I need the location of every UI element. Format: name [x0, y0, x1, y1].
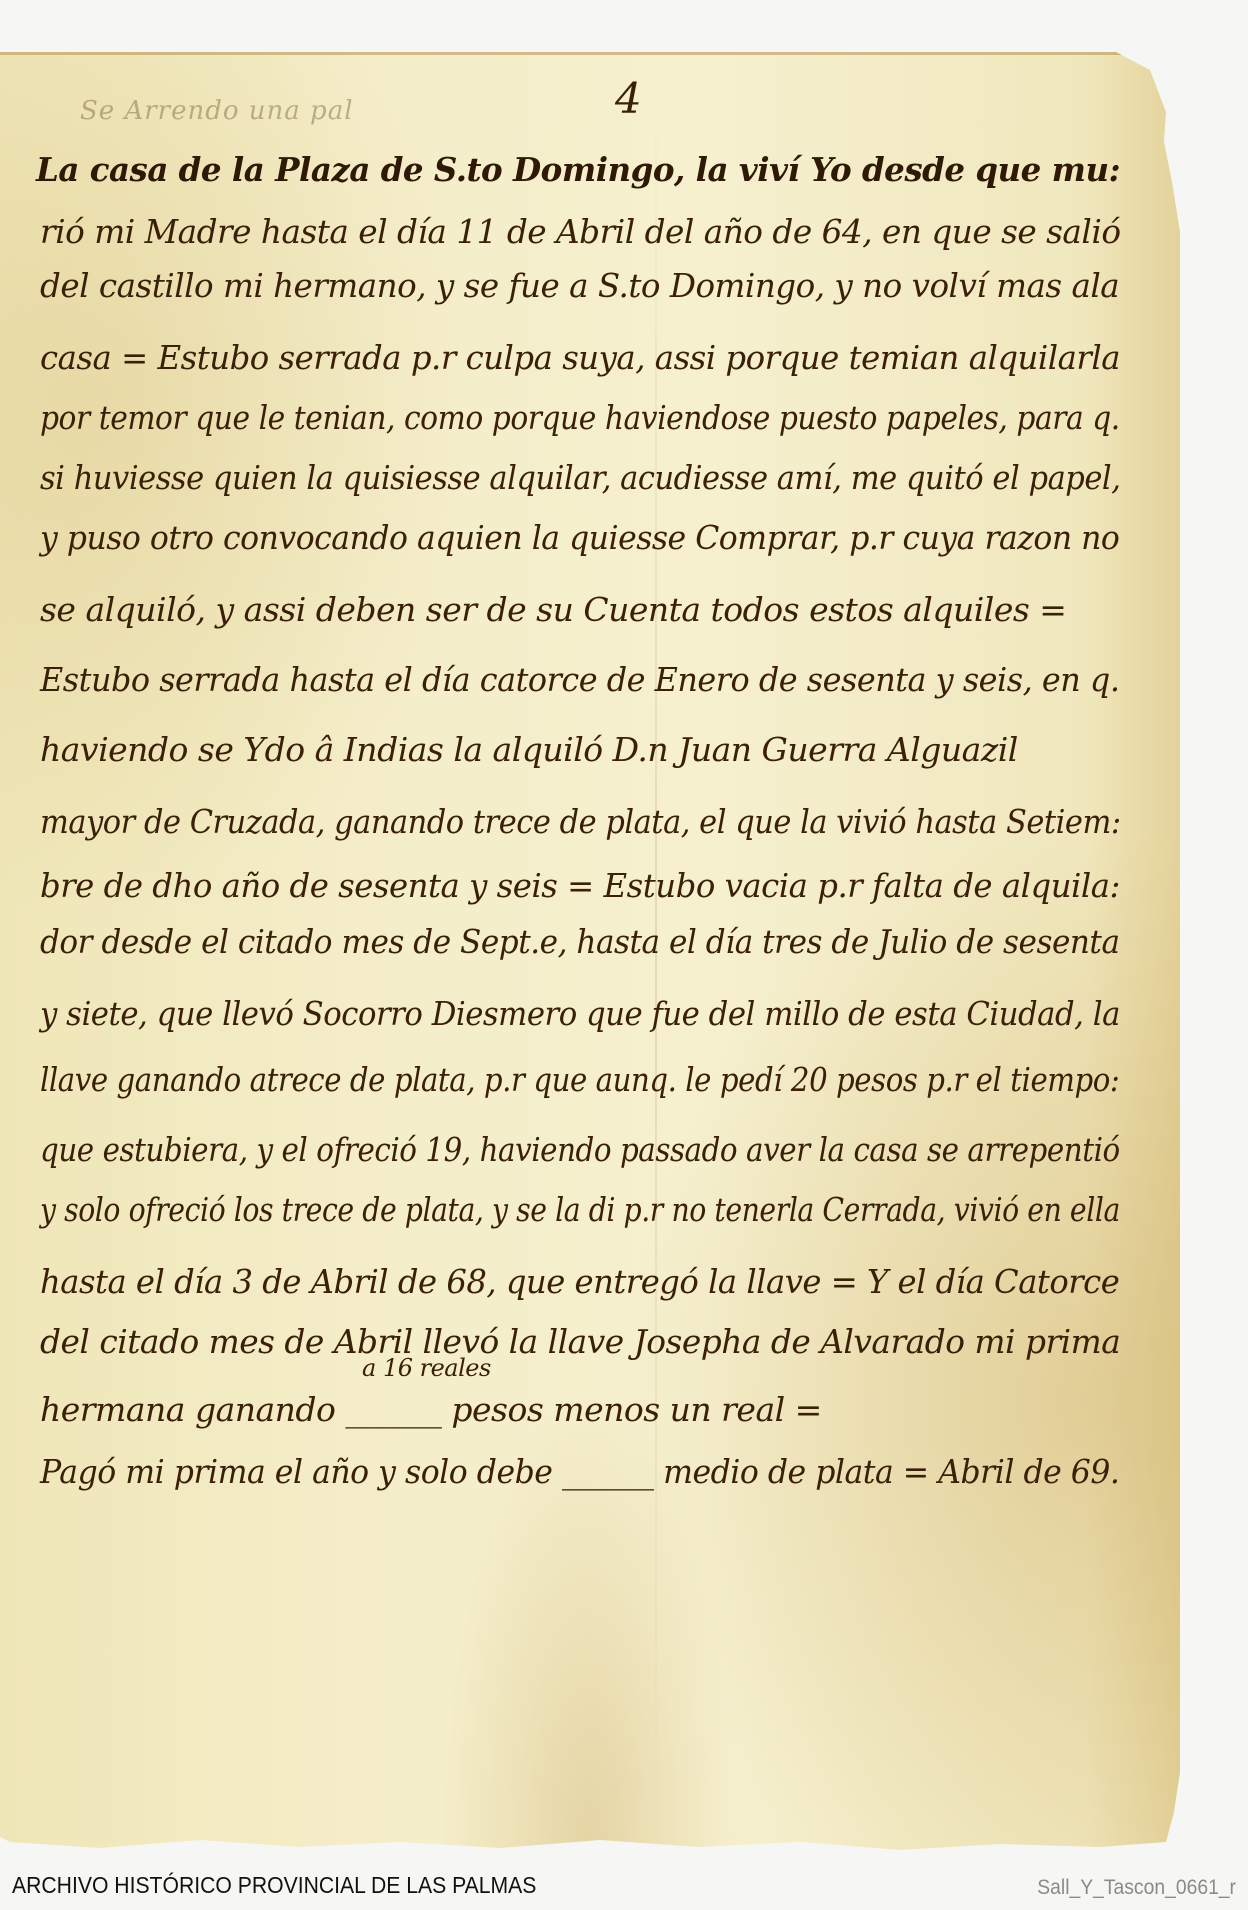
- image-reference: Sall_Y_Tascon_0661_r: [1037, 1876, 1236, 1900]
- manuscript-line: si huviesse quien la quisiesse alquilar,…: [40, 458, 1120, 497]
- manuscript-line: bre de dho año de sesenta y seis = Estub…: [40, 866, 1120, 905]
- manuscript-line: Pagó mi prima el año y solo debe ______ …: [40, 1452, 1119, 1491]
- bleed-through-text: Se Arrendo una pal: [80, 96, 354, 126]
- archive-name: ARCHIVO HISTÓRICO PROVINCIAL DE LAS PALM…: [12, 1872, 536, 1899]
- interlinear-insertion: a 16 reales: [362, 1354, 491, 1382]
- manuscript-line: del citado mes de Abril llevó la llave J…: [40, 1322, 1120, 1361]
- folio-number: 4: [615, 74, 642, 123]
- manuscript-line: La casa de la Plaza de S.to Domingo, la …: [36, 150, 1120, 189]
- manuscript-line: que estubiera, y el ofreció 19, haviendo…: [40, 1130, 1120, 1169]
- manuscript-line: Estubo serrada hasta el día catorce de E…: [40, 660, 1119, 699]
- manuscript-line: casa = Estubo serrada p.r culpa suya, as…: [40, 338, 1120, 377]
- manuscript-line: y solo ofreció los trece de plata, y se …: [40, 1190, 1120, 1229]
- manuscript-line: llave ganando atrece de plata, p.r que a…: [40, 1060, 1119, 1099]
- manuscript-line: del castillo mi hermano, y se fue a S.to…: [40, 266, 1119, 305]
- manuscript-line: dor desde el citado mes de Sept.e, hasta…: [40, 922, 1120, 961]
- manuscript-line: hermana ganando ______ pesos menos un re…: [40, 1390, 822, 1429]
- manuscript-line: y siete, que llevó Socorro Diesmero que …: [40, 994, 1120, 1033]
- manuscript-line: y puso otro convocando aquien la quiesse…: [40, 518, 1119, 557]
- manuscript-line: se alquiló, y assi deben ser de su Cuent…: [40, 590, 1066, 629]
- manuscript-line: mayor de Cruzada, ganando trece de plata…: [40, 802, 1121, 841]
- manuscript-line: rió mi Madre hasta el día 11 de Abril de…: [40, 212, 1121, 251]
- manuscript-line: haviendo se Ydo â Indias la alquiló D.n …: [40, 730, 1018, 769]
- manuscript-line: hasta el día 3 de Abril de 68, que entre…: [40, 1262, 1119, 1301]
- manuscript-line: por temor que le tenian, como porque hav…: [40, 398, 1120, 437]
